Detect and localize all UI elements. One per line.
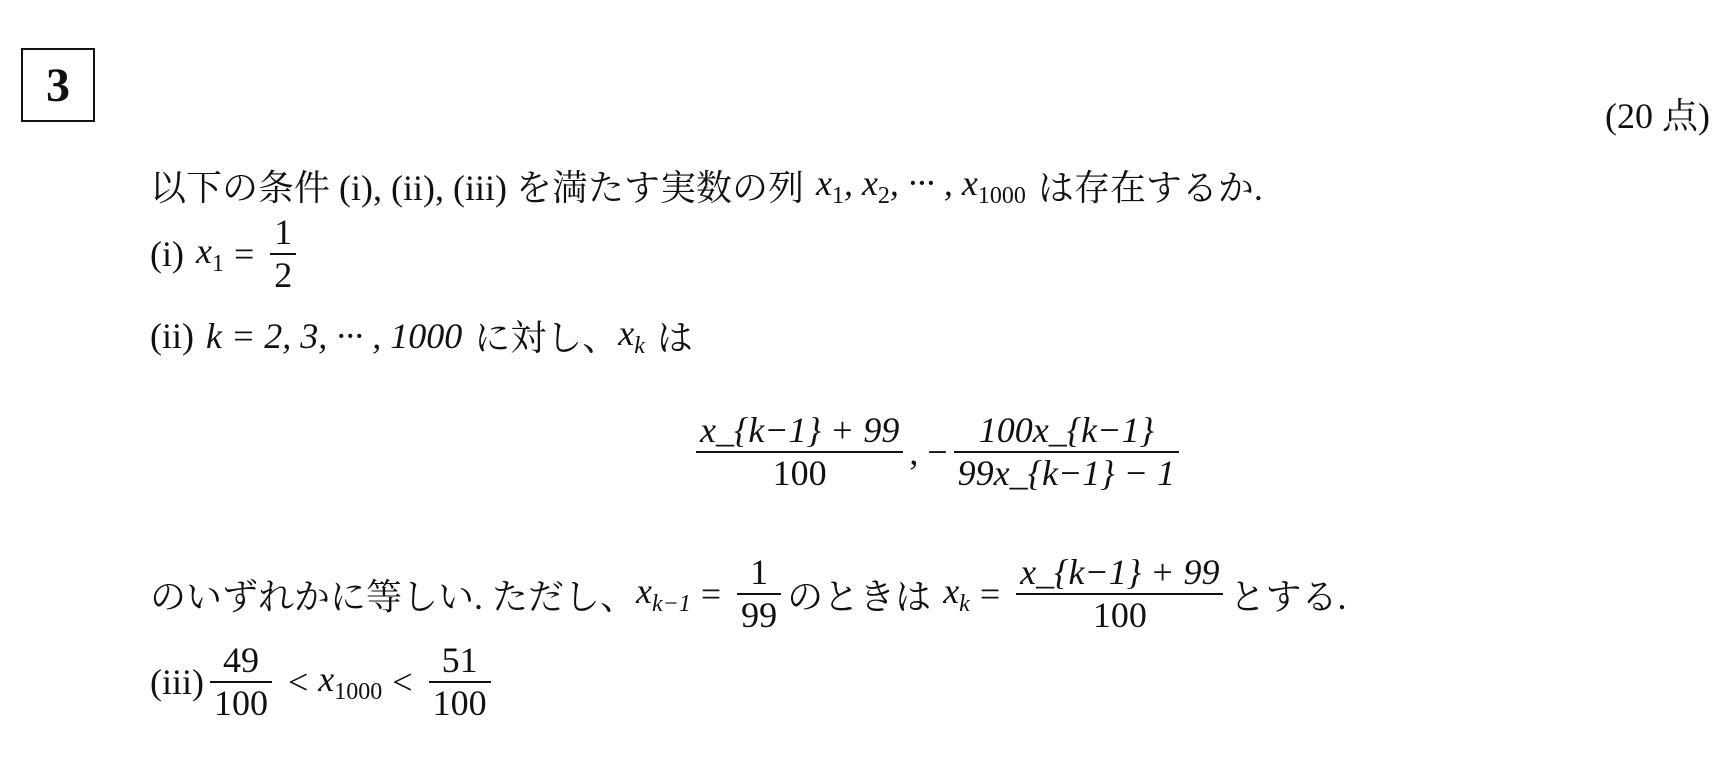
intro-line: 以下の条件 (i), (ii), (iii) を満たす実数の列 x1, x2, … (150, 160, 1263, 211)
cond-var: xk−1 (636, 570, 691, 618)
intro-text-after: は存在するか. (1038, 160, 1263, 211)
condition-iii: (iii) 49100 < x1000 < 51100 (150, 640, 497, 725)
condition-i-label: (i) (150, 233, 184, 275)
fraction-51-100: 51100 (429, 640, 491, 725)
k-range: k = 2, 3, ··· , 1000 (206, 315, 462, 357)
condition-iii-label: (iii) (150, 661, 204, 703)
continuation-text: のいずれかに等しい. ただし、 (150, 569, 636, 620)
condition-i-var: x1 (196, 230, 224, 278)
condition-i: (i) x1 = 12 (150, 212, 302, 297)
x1000-var: x1000 (318, 658, 382, 706)
res-var: xk (943, 570, 970, 618)
sequence-expression: x1, x2, ··· , x1000 (816, 162, 1026, 210)
continuation-text-3: とする. (1229, 569, 1346, 620)
problem-number-box: 3 (21, 48, 95, 122)
formula-fraction-2: 100x_{k−1}99x_{k−1} − 1 (954, 410, 1179, 495)
xk-var: xk (618, 312, 645, 360)
condition-ii-text-after: は (657, 310, 693, 361)
points-label: (20 点) (1605, 88, 1710, 139)
formula-fraction-1: x_{k−1} + 99100 (696, 410, 903, 495)
result-fraction: x_{k−1} + 99100 (1016, 552, 1223, 637)
continuation-text-2: のときは (787, 569, 931, 620)
continuation-line: のいずれかに等しい. ただし、 xk−1 = 199 のときは xk = x_{… (150, 552, 1347, 637)
intro-text: 以下の条件 (i), (ii), (iii) を満たす実数の列 (150, 160, 804, 211)
fraction-one-half: 12 (270, 212, 296, 297)
formula-separator: , − (909, 431, 947, 473)
fraction-one-ninetyninth: 199 (737, 552, 781, 637)
condition-ii-label: (ii) (150, 315, 194, 357)
condition-ii: (ii) k = 2, 3, ··· , 1000 に対し、 xk は (150, 310, 693, 361)
problem-number: 3 (46, 58, 70, 113)
fraction-49-100: 49100 (210, 640, 272, 725)
display-formula: x_{k−1} + 99100 , − 100x_{k−1}99x_{k−1} … (690, 410, 1185, 495)
condition-ii-text: に対し、 (474, 310, 618, 361)
